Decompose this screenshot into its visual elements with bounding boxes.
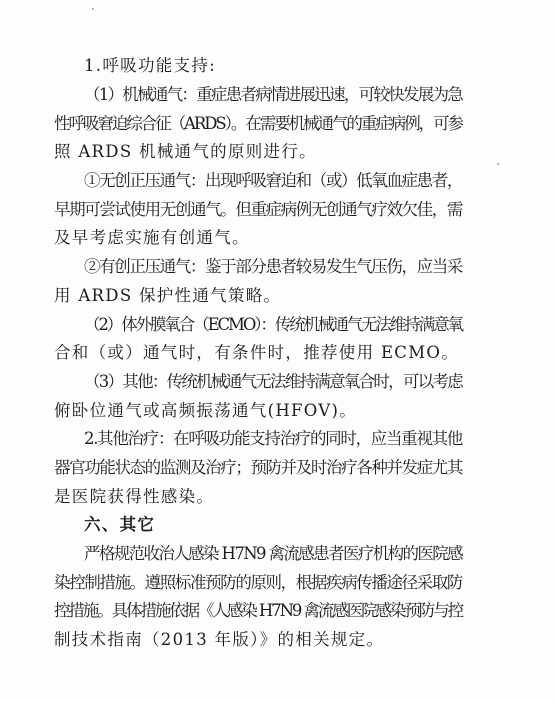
text-line: （1）机械通气：重症患者病情进展迅速，可较快发展为急 xyxy=(84,85,462,105)
text-line: 合和（或）通气时，有条件时，推荐使用 ECMO。 xyxy=(54,343,459,363)
text-line: 1.呼吸功能支持: xyxy=(84,56,216,76)
text-line: 严格规范收治人感染 H7N9 禽流感患者医疗机构的医院感 xyxy=(84,544,462,564)
text-line: 是医院获得性感染。 xyxy=(54,487,214,507)
text-line: 及早考虑实施有创通气。 xyxy=(54,228,250,248)
text-line: ①无创正压通气：出现呼吸窘迫和（或）低氧血症患者， xyxy=(84,171,462,191)
text-line: 染控制措施。遵照标准预防的原则，根据疾病传播途径采取防 xyxy=(54,573,462,593)
scan-speck xyxy=(92,8,94,10)
text-line: 性呼吸窘迫综合征（ARDS）。在需要机械通气的重症病例，可参 xyxy=(54,114,462,134)
text-line: 器官功能状态的监测及治疗；预防并及时治疗各种并发症尤其 xyxy=(54,458,462,478)
text-line: 用 ARDS 保护性通气策略。 xyxy=(54,286,281,306)
document-page: 1.呼吸功能支持:（1）机械通气：重症患者病情进展迅速，可较快发展为急性呼吸窘迫… xyxy=(0,0,556,701)
scan-speck xyxy=(497,163,499,165)
text-line: 俯卧位通气或高频振荡通气(HFOV)。 xyxy=(54,401,357,421)
text-line: 早期可尝试使用无创通气。但重症病例无创通气疗效欠佳，需 xyxy=(54,200,462,220)
text-line: 2.其他治疗：在呼吸功能支持治疗的同时，应当重视其他 xyxy=(84,429,462,449)
text-line: （2）体外膜氧合（ECMO）：传统机械通气无法维持满意氧 xyxy=(84,315,462,335)
text-line: （3）其他：传统机械通气无法维持满意氧合时，可以考虑 xyxy=(84,372,462,392)
text-line: 控措施。具体措施依据《人感染 H7N9 禽流感医院感染预防与控 xyxy=(54,601,462,621)
text-line: 照 ARDS 机械通气的原则进行。 xyxy=(54,142,317,162)
text-line: ②有创正压通气：鉴于部分患者较易发生气压伤，应当采 xyxy=(84,257,462,277)
text-line: 制技术指南（2013 年版）》的相关规定。 xyxy=(54,630,384,650)
section-heading: 六、其它 xyxy=(84,515,155,535)
